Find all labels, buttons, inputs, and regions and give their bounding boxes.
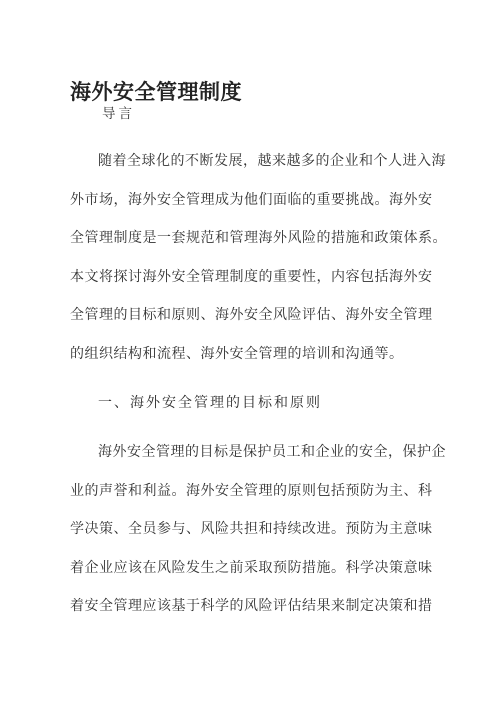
text-line: 本文将探讨海外安全管理制度的重要性，内容包括海外安 <box>70 259 438 298</box>
text-line: 全管理的目标和原则、海外安全风险评估、海外安全管理 <box>70 297 438 336</box>
document-page: 海外安全管理制度 导言 随着全球化的不断发展，越来越多的企业和个人进入海 外市场… <box>0 0 500 707</box>
text-line: 的组织结构和流程、海外安全管理的培训和沟通等。 <box>70 336 438 375</box>
text-line: 业的声誉和利益。海外安全管理的原则包括预防为主、科 <box>70 473 438 512</box>
intro-label: 导言 <box>102 102 135 122</box>
text-line: 着企业应该在风险发生之前采取预防措施。科学决策意味 <box>70 550 438 589</box>
text-line: 学决策、全员参与、风险共担和持续改进。预防为主意味 <box>70 511 438 550</box>
paragraph-introduction: 随着全球化的不断发展，越来越多的企业和个人进入海 外市场，海外安全管理成为他们面… <box>70 143 438 374</box>
section-heading: 一、海外安全管理的目标和原则 <box>70 385 466 424</box>
text-line: 全管理制度是一套规范和管理海外风险的措施和政策体系。 <box>70 220 438 259</box>
text-line: 海外安全管理的目标是保护员工和企业的安全，保护企 <box>70 434 438 473</box>
text-line: 随着全球化的不断发展，越来越多的企业和个人进入海 <box>70 143 438 182</box>
text-line: 着安全管理应该基于科学的风险评估结果来制定决策和措 <box>70 588 438 627</box>
document-title: 海外安全管理制度 <box>70 76 242 106</box>
paragraph-section-1-body: 海外安全管理的目标是保护员工和企业的安全，保护企 业的声誉和利益。海外安全管理的… <box>70 434 438 627</box>
text-line: 外市场，海外安全管理成为他们面临的重要挑战。海外安 <box>70 182 438 221</box>
